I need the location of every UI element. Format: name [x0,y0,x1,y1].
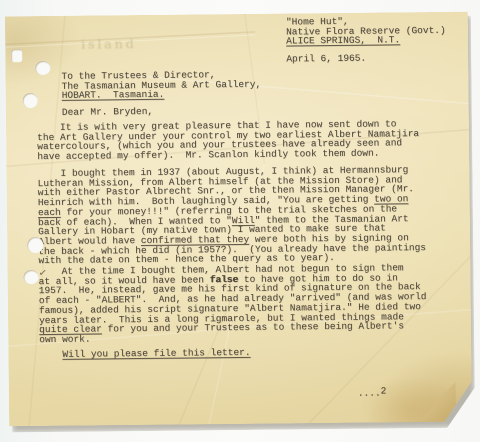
letter-line: Will you please file this letter. [39,348,250,360]
marker-number: 2 [381,385,387,396]
punch-hole [11,49,22,62]
sender-address-block: "Home Hut",Native Flora Reserve (Govt.)A… [286,16,446,47]
salutation: Dear Mr. Bryden, [62,107,153,118]
ghost-text: island [81,37,137,52]
letter-paragraph-3: At the time I bought them, Albert had no… [38,263,426,345]
punch-hole [27,237,43,253]
marker-dots: .... [358,388,381,399]
letter-paragraph-1: It is with very great pleasure that I ha… [37,119,419,162]
page-continuation-marker: ....2 [358,388,387,398]
recipient-address-block: To the Trustees & Director,The Tasmanian… [61,70,261,101]
scanned-letter-photo: island "Home Hut",Native Flora Reserve (… [0,0,480,442]
punch-hole [23,93,38,108]
date-line: April 6, 1965. [286,54,366,65]
punch-hole [35,61,50,75]
pencil-tick-mark: ✓ [38,268,48,280]
letter-line: HOBART. Tasmania. [62,89,262,101]
closing-request-line: Will you please file this letter. [39,348,250,360]
letter-paragraph-2: I bought them in 1937 (about August, I t… [37,165,426,266]
letter-line: have accepted my offer). Mr. Scanlon kin… [37,148,419,162]
punch-hole [24,270,39,284]
letter-sheet: island "Home Hut",Native Flora Reserve (… [5,12,472,427]
letter-line: ALICE SPRINGS, N.T. [286,35,446,46]
